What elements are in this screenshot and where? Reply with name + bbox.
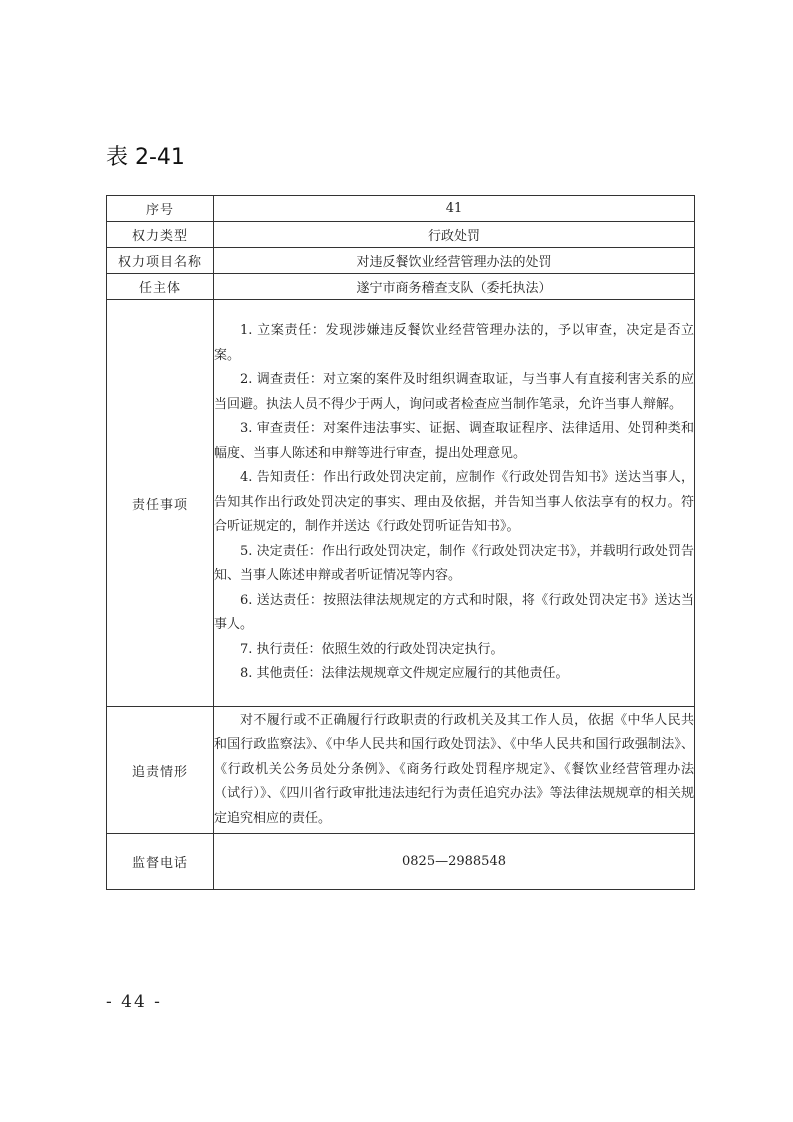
subject-value: 遂宁市商务稽查支队（委托执法） (214, 274, 695, 300)
item-name-value: 对违反餐饮业经营管理办法的处罚 (214, 248, 695, 274)
table-row-subject: 任主体 遂宁市商务稽查支队（委托执法） (107, 274, 695, 300)
responsibility-item: 4. 告知责任：作出行政处罚决定前，应制作《行政处罚告知书》送达当事人，告知其作… (214, 466, 694, 540)
responsibility-item: 2. 调查责任：对立案的案件及时组织调查取证，与当事人有直接利害关系的应当回避。… (214, 368, 694, 417)
phone-value: 0825—2988548 (214, 834, 695, 890)
accountability-text: 对不履行或不正确履行行政职责的行政机关及其工作人员，依据《中华人民共和国行政监察… (214, 709, 694, 832)
responsibility-item: 3. 审查责任：对案件违法事实、证据、调查取证程序、法律适用、处罚种类和幅度、当… (214, 417, 694, 466)
table-row-accountability: 追责情形 对不履行或不正确履行行政职责的行政机关及其工作人员，依据《中华人民共和… (107, 707, 695, 834)
table-heading: 表 2-41 (106, 140, 185, 171)
responsibility-item: 5. 决定责任：作出行政处罚决定，制作《行政处罚决定书》，并载明行政处罚告知、当… (214, 540, 694, 589)
responsibilities-label: 责任事项 (107, 300, 214, 707)
table-row-responsibilities: 责任事项 1. 立案责任：发现涉嫌违反餐饮业经营管理办法的，予以审查，决定是否立… (107, 300, 695, 707)
accountability-label: 追责情形 (107, 707, 214, 834)
table-row-phone: 监督电话 0825—2988548 (107, 834, 695, 890)
table-row-item-name: 权力项目名称 对违反餐饮业经营管理办法的处罚 (107, 248, 695, 274)
serial-label: 序号 (107, 196, 214, 222)
responsibility-item: 1. 立案责任：发现涉嫌违反餐饮业经营管理办法的，予以审查，决定是否立案。 (214, 319, 694, 368)
power-type-value: 行政处罚 (214, 222, 695, 248)
serial-value: 41 (214, 196, 695, 222)
responsibilities-list: 1. 立案责任：发现涉嫌违反餐饮业经营管理办法的，予以审查，决定是否立案。 2.… (214, 300, 695, 707)
accountability-cell: 对不履行或不正确履行行政职责的行政机关及其工作人员，依据《中华人民共和国行政监察… (214, 707, 695, 834)
table-row-serial: 序号 41 (107, 196, 695, 222)
power-type-label: 权力类型 (107, 222, 214, 248)
responsibility-item: 7. 执行责任：依照生效的行政处罚决定执行。 (214, 638, 694, 663)
page-number: - 44 - (106, 992, 162, 1012)
subject-label: 任主体 (107, 274, 214, 300)
power-responsibility-table: 序号 41 权力类型 行政处罚 权力项目名称 对违反餐饮业经营管理办法的处罚 任… (106, 195, 695, 890)
phone-label: 监督电话 (107, 834, 214, 890)
responsibility-item: 6. 送达责任：按照法律法规规定的方式和时限，将《行政处罚决定书》送达当事人。 (214, 589, 694, 638)
item-name-label: 权力项目名称 (107, 248, 214, 274)
responsibility-item: 8. 其他责任：法律法规规章文件规定应履行的其他责任。 (214, 662, 694, 687)
table-row-power-type: 权力类型 行政处罚 (107, 222, 695, 248)
